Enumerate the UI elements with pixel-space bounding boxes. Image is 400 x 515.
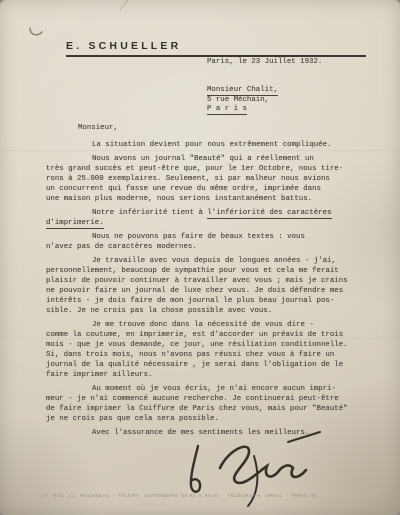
text-segment: une maison plus moderne, nous serions in… bbox=[46, 195, 312, 203]
letter-line: meur - je n'ai commencé aucune recherche… bbox=[46, 394, 372, 404]
text-segment: plaisir de pouvoir continuer à travaille… bbox=[46, 277, 348, 285]
letter-line: ne pouvoir faire un journal de luxe chez… bbox=[46, 286, 372, 296]
letterhead-rule bbox=[66, 55, 366, 57]
text-segment: Nous avons un journal "Beauté" qui a rée… bbox=[92, 155, 314, 163]
letter-body: Monsieur, La situation devient pour nous… bbox=[46, 123, 372, 442]
letter-line: n'avez pas de caractères modernes. bbox=[46, 242, 372, 252]
text-segment: je ne crois pas que cela sera possible. bbox=[46, 415, 219, 423]
text-segment: l'infériorité des caractères bbox=[207, 209, 331, 219]
text-segment: rons à 25.000 exemplaires. Seulement, si… bbox=[46, 175, 330, 183]
paragraph: Je me trouve donc dans la nécessité de v… bbox=[46, 320, 372, 380]
letter-line: journal de la qualité nécessaire , je se… bbox=[46, 360, 372, 370]
paragraph: Nous ne pouvons pas faire de beaux texte… bbox=[46, 232, 372, 252]
letter-line: de faire imprimer la Coiffure de Paris c… bbox=[46, 404, 372, 414]
paragraph: Je travaille avec vous depuis de longues… bbox=[46, 256, 372, 316]
letter-line: je ne crois pas que cela sera possible. bbox=[46, 414, 372, 424]
text-segment: comme la coutume, en imprimerie, est d'a… bbox=[46, 331, 343, 339]
letterhead-name: E. SCHUELLER bbox=[66, 40, 181, 52]
salutation: Monsieur, bbox=[78, 123, 372, 133]
text-segment: personnellement, beaucoup de sympathie p… bbox=[46, 267, 339, 275]
text-segment: n'avez pas de caractères modernes. bbox=[46, 243, 197, 251]
text-segment: Je me trouve donc dans la nécessité de v… bbox=[92, 321, 314, 329]
footer-address: 27, RUE J.J. ROUSSEAU - TÉLÉPH. GUTENBER… bbox=[42, 494, 386, 499]
letter-line: très grand succès et peut-être que, pour… bbox=[46, 164, 372, 174]
letter-line: comme la coutume, en imprimerie, est d'a… bbox=[46, 330, 372, 340]
paragraph: Nous avons un journal "Beauté" qui a rée… bbox=[46, 154, 372, 204]
letter-line: Au moment où je vous écris, je n'ai enco… bbox=[46, 384, 372, 394]
letter-line: Nous ne pouvons pas faire de beaux texte… bbox=[46, 232, 372, 242]
text-segment: un concurrent qui fasse une revue du mêm… bbox=[46, 185, 321, 193]
text-segment: Notre infériorité tient à bbox=[92, 209, 207, 217]
text-segment: d'imprimerie. bbox=[46, 219, 104, 229]
letter-line: d'imprimerie. bbox=[46, 218, 372, 228]
letter-line: Nous avons un journal "Beauté" qui a rée… bbox=[46, 154, 372, 164]
letter-line: Je me trouve donc dans la nécessité de v… bbox=[46, 320, 372, 330]
text-segment: de faire imprimer la Coiffure de Paris c… bbox=[46, 405, 348, 413]
recipient-line: P a r i s bbox=[207, 105, 278, 115]
letter-line: mois - que je vous demande, ce jour, une… bbox=[46, 340, 372, 350]
paragraph: Au moment où je vous écris, je n'ai enco… bbox=[46, 384, 372, 424]
paragraph: Notre infériorité tient à l'infériorité … bbox=[46, 208, 372, 228]
faint-pen-stroke bbox=[118, 0, 132, 10]
letter-line: Notre infériorité tient à l'infériorité … bbox=[46, 208, 372, 218]
date-line: Paris, le 23 Juillet 1932. bbox=[207, 58, 322, 66]
text-segment: Au moment où je vous écris, je n'ai enco… bbox=[92, 385, 336, 393]
text-segment: mois - que je vous demande, ce jour, une… bbox=[46, 341, 348, 349]
letter-line: plaisir de pouvoir continuer à travaille… bbox=[46, 276, 372, 286]
text-segment: Monsieur Chalit, bbox=[207, 86, 278, 96]
letter-line: faire imprimer ailleurs. bbox=[46, 370, 372, 380]
paragraphs-container: La situation devient pour nous extrêmeme… bbox=[46, 140, 372, 438]
letter-line: Je travaille avec vous depuis de longues… bbox=[46, 256, 372, 266]
text-segment: 5 rue Méchain, bbox=[207, 96, 269, 104]
text-segment: sible. Je ne crois pas la chose possible… bbox=[46, 307, 272, 315]
text-segment: meur - je n'ai commencé aucune recherche… bbox=[46, 395, 339, 403]
letter-line: une maison plus moderne, nous serions in… bbox=[46, 194, 372, 204]
text-segment: La situation devient pour nous extrêmeme… bbox=[92, 141, 332, 149]
pencil-mark bbox=[28, 24, 50, 40]
letter-line: sible. Je ne crois pas la chose possible… bbox=[46, 306, 372, 316]
text-segment: ne pouvoir faire un journal de luxe chez… bbox=[46, 287, 343, 295]
letter-line: Si, dans trois mois, nous n'avons pas ré… bbox=[46, 350, 372, 360]
letter-line: un concurrent qui fasse une revue du mêm… bbox=[46, 184, 372, 194]
text-segment: faire imprimer ailleurs. bbox=[46, 371, 152, 379]
letter-line: intérêts - je dois faire de mon journal … bbox=[46, 296, 372, 306]
paragraph: La situation devient pour nous extrêmeme… bbox=[46, 140, 372, 150]
text-segment: Si, dans trois mois, nous n'avons pas ré… bbox=[46, 351, 334, 359]
letter-line: La situation devient pour nous extrêmeme… bbox=[46, 140, 372, 150]
text-segment: intérêts - je dois faire de mon journal … bbox=[46, 297, 334, 305]
letter-line: rons à 25.000 exemplaires. Seulement, si… bbox=[46, 174, 372, 184]
recipient-block: Monsieur Chalit,5 rue Méchain,P a r i s bbox=[207, 86, 278, 115]
letter-photo: { "letterhead": { "name": "E. SCHUELLER"… bbox=[0, 0, 400, 515]
recipient-line: 5 rue Méchain, bbox=[207, 96, 278, 106]
text-segment: Je travaille avec vous depuis de longues… bbox=[92, 257, 336, 265]
letter-line: personnellement, beaucoup de sympathie p… bbox=[46, 266, 372, 276]
text-segment: Nous ne pouvons pas faire de beaux texte… bbox=[92, 233, 305, 241]
recipient-line: Monsieur Chalit, bbox=[207, 86, 278, 96]
text-segment: journal de la qualité nécessaire , je se… bbox=[46, 361, 343, 369]
text-segment: très grand succès et peut-être que, pour… bbox=[46, 165, 343, 173]
text-segment: P a r i s bbox=[207, 105, 247, 115]
